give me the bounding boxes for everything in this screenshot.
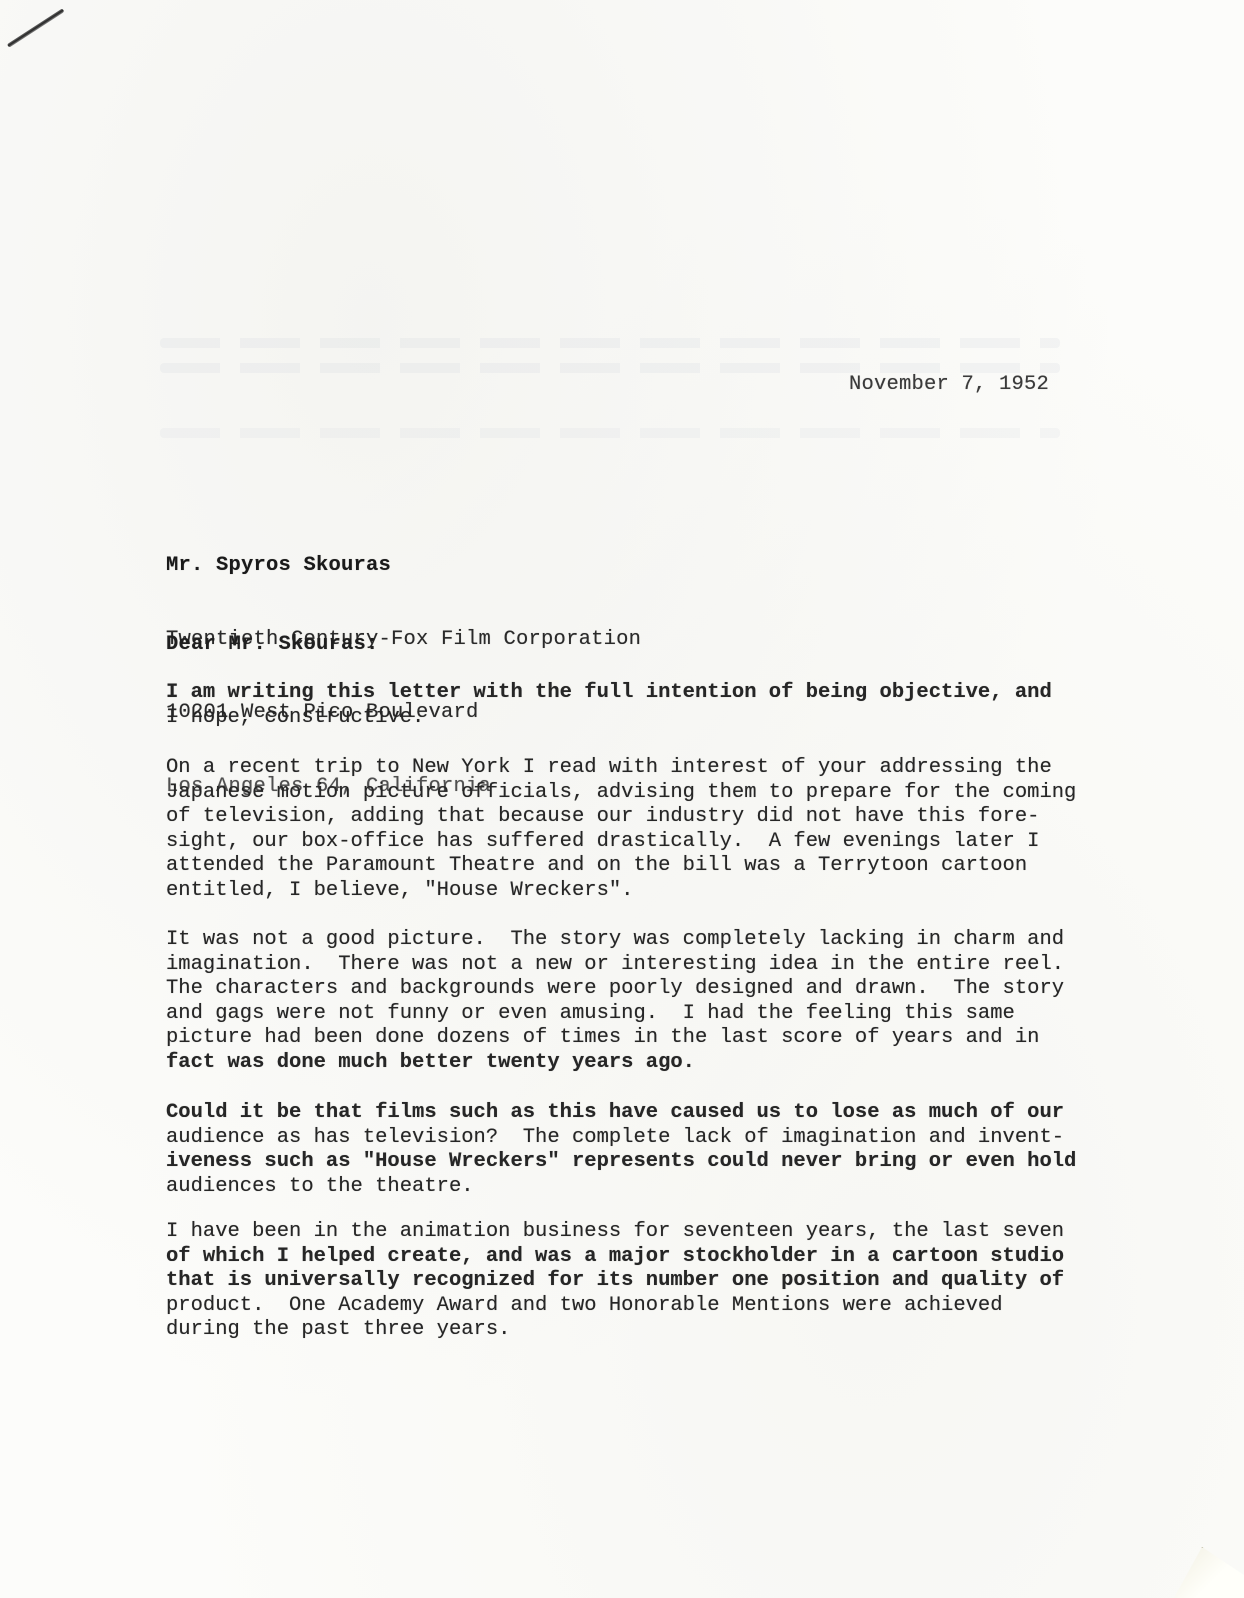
paragraph-line: On a recent trip to New York I read with… — [166, 756, 1076, 781]
paragraph-line: I hope, constructive. — [166, 706, 1052, 731]
bleed-through-text — [160, 428, 1060, 438]
paragraph-line: I am writing this letter with the full i… — [166, 681, 1052, 706]
body-paragraph-2: On a recent trip to New York I read with… — [166, 756, 1076, 903]
body-paragraph-5: I have been in the animation business fo… — [166, 1220, 1064, 1343]
paragraph-line: of which I helped create, and was a majo… — [166, 1245, 1064, 1270]
bleed-through-text — [160, 363, 1060, 373]
bleed-through-text — [160, 338, 1060, 348]
paragraph-line: and gags were not funny or even amusing.… — [166, 1002, 1064, 1027]
recipient-name: Mr. Spyros Skouras — [166, 554, 641, 579]
paragraph-line: The characters and backgrounds were poor… — [166, 977, 1064, 1002]
body-paragraph-4: Could it be that films such as this have… — [166, 1101, 1076, 1199]
paragraph-line: audiences to the theatre. — [166, 1175, 1076, 1200]
salutation: Dear Mr. Skouras: — [166, 633, 379, 658]
paragraph-line: I have been in the animation business fo… — [166, 1220, 1064, 1245]
paragraph-line: imagination. There was not a new or inte… — [166, 953, 1064, 978]
paragraph-line: entitled, I believe, "House Wreckers". — [166, 879, 1076, 904]
paragraph-line: sight, our box-office has suffered drast… — [166, 830, 1076, 855]
body-paragraph-3: It was not a good picture. The story was… — [166, 928, 1064, 1075]
paragraph-line: Japanese motion picture officials, advis… — [166, 781, 1076, 806]
paragraph-line: attended the Paramount Theatre and on th… — [166, 854, 1076, 879]
paragraph-line: audience as has television? The complete… — [166, 1126, 1076, 1151]
paragraph-line: Could it be that films such as this have… — [166, 1101, 1076, 1126]
paragraph-line: during the past three years. — [166, 1318, 1064, 1343]
body-paragraph-1: I am writing this letter with the full i… — [166, 681, 1052, 730]
paragraph-line: picture had been done dozens of times in… — [166, 1026, 1064, 1051]
paragraph-line: that is universally recognized for its n… — [166, 1269, 1064, 1294]
paragraph-line: product. One Academy Award and two Honor… — [166, 1294, 1064, 1319]
paragraph-line: iveness such as "House Wreckers" represe… — [166, 1150, 1076, 1175]
letter-date: November 7, 1952 — [849, 373, 1049, 398]
paragraph-line: It was not a good picture. The story was… — [166, 928, 1064, 953]
paragraph-line: of television, adding that because our i… — [166, 805, 1076, 830]
paragraph-line: fact was done much better twenty years a… — [166, 1051, 1064, 1076]
